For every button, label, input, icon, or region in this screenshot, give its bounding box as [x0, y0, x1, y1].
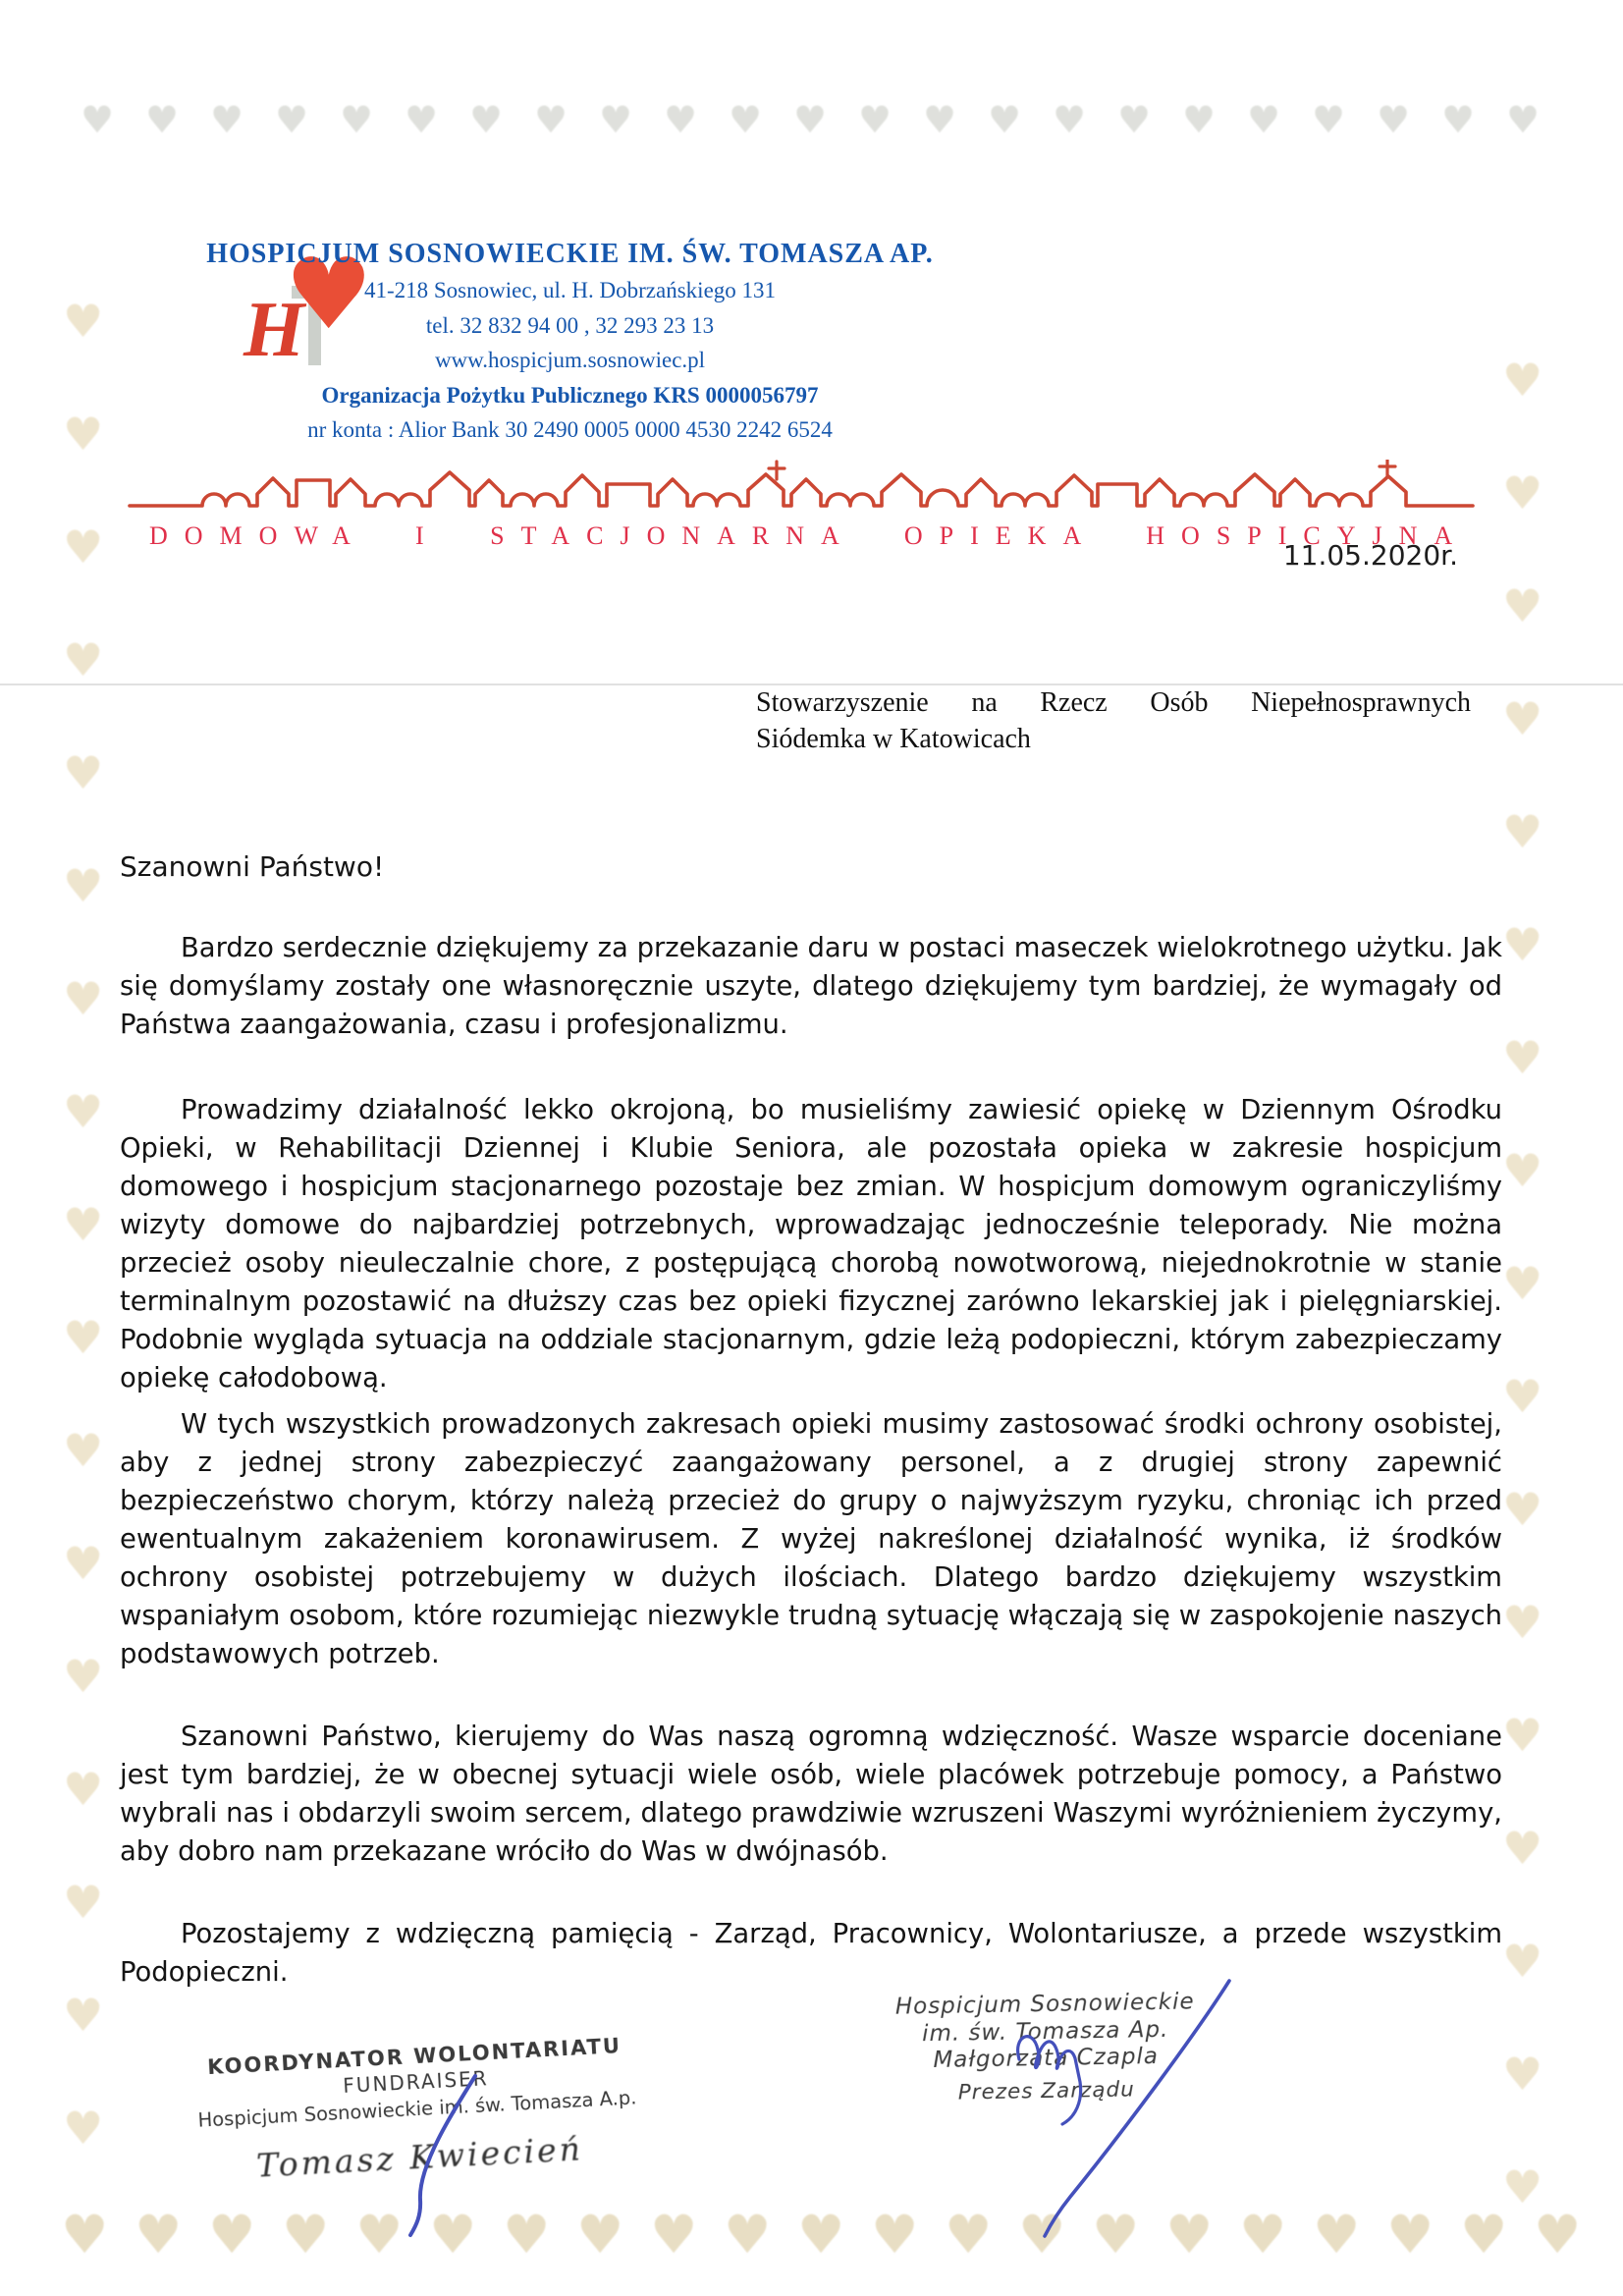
- heart-icon: ♥: [63, 633, 103, 686]
- org-krs: Organizacja Pożytku Publicznego KRS 0000…: [126, 378, 1014, 413]
- letter-page: ♥♥♥♥♥♥♥♥♥♥♥♥♥♥♥♥♥♥♥♥♥♥♥♥♥♥♥♥♥♥♥♥♥♥♥♥♥♥♥♥…: [0, 0, 1623, 2296]
- heart-icon: ♥: [1441, 98, 1475, 141]
- org-website: www.hospicjum.sosnowiec.pl: [126, 343, 1014, 378]
- heart-icon: ♥: [63, 972, 103, 1025]
- org-name: HOSPICJUM SOSNOWIECKIE IM. ŚW. TOMASZA A…: [126, 236, 1014, 273]
- heart-icon: ♥: [63, 1989, 103, 2042]
- pen-signature-right: [972, 1969, 1247, 2244]
- heart-icon: ♥: [275, 98, 308, 141]
- heart-icon: ♥: [63, 746, 103, 799]
- heart-icon: ♥: [469, 98, 503, 141]
- paragraph: Bardzo serdecznie dziękujemy za przekaza…: [120, 929, 1502, 1044]
- heart-icon: ♥: [63, 1198, 103, 1251]
- heart-icon: ♥: [1247, 98, 1280, 141]
- heart-icon: ♥: [282, 2204, 329, 2266]
- paragraph: Szanowni Państwo, kierujemy do Was naszą…: [120, 1718, 1502, 1871]
- heart-icon: ♥: [63, 295, 103, 348]
- heart-icon: ♥: [599, 98, 632, 141]
- heart-icon: ♥: [1502, 466, 1542, 519]
- paragraph: Prowadzimy działalność lekko okrojoną, b…: [120, 1091, 1502, 1397]
- heart-icon: ♥: [1502, 692, 1542, 745]
- heart-icon: ♥: [858, 98, 892, 141]
- org-bank-account: nr konta : Alior Bank 30 2490 0005 0000 …: [126, 412, 1014, 448]
- heart-icon: ♥: [61, 2204, 108, 2266]
- heart-icon: ♥: [1502, 579, 1542, 632]
- paragraph: Pozostajemy z wdzięczną pamięcią - Zarzą…: [120, 1915, 1502, 1992]
- heart-icon: ♥: [1502, 1031, 1542, 1084]
- recipient-line: Stowarzyszenie na Rzecz Osób Niepełnospr…: [756, 684, 1471, 721]
- heart-icon: ♥: [63, 859, 103, 912]
- heart-icon: ♥: [63, 1311, 103, 1364]
- heart-icon: ♥: [1502, 918, 1542, 971]
- heart-icon: ♥: [81, 98, 114, 141]
- heart-icon: ♥: [145, 98, 179, 141]
- heart-icon: ♥: [1502, 1709, 1542, 1762]
- heart-icon: ♥: [63, 520, 103, 574]
- heart-icon: ♥: [63, 1537, 103, 1590]
- heart-icon: ♥: [1313, 2204, 1360, 2266]
- heart-icon: ♥: [63, 408, 103, 461]
- heart-icon: ♥: [988, 98, 1021, 141]
- heart-icon: ♥: [1502, 1483, 1542, 1536]
- paragraph: W tych wszystkich prowadzonych zakresach…: [120, 1405, 1502, 1673]
- heart-icon: ♥: [650, 2204, 697, 2266]
- recipient-block: Stowarzyszenie na Rzecz Osób Niepełnospr…: [756, 684, 1471, 757]
- heart-icon: ♥: [1502, 1596, 1542, 1649]
- heart-icon: ♥: [1502, 1257, 1542, 1310]
- heart-icon: ♥: [1386, 2204, 1434, 2266]
- heart-icon: ♥: [63, 1763, 103, 1816]
- heart-icon: ♥: [340, 98, 373, 141]
- letterhead: HOSPICJUM SOSNOWIECKIE IM. ŚW. TOMASZA A…: [126, 236, 1014, 448]
- heart-icon: ♥: [63, 2102, 103, 2155]
- letter-date: 11.05.2020r.: [1168, 539, 1458, 572]
- heart-icon: ♥: [729, 98, 762, 141]
- salutation: Szanowni Państwo!: [120, 850, 384, 883]
- heart-icon: ♥: [797, 2204, 844, 2266]
- heart-icon: ♥: [534, 98, 568, 141]
- heart-icon: ♥: [405, 98, 438, 141]
- heart-icon: ♥: [1502, 2160, 1542, 2214]
- heart-icon: ♥: [63, 1424, 103, 1477]
- heart-icon: ♥: [664, 98, 697, 141]
- heart-icon: ♥: [135, 2204, 182, 2266]
- heart-icon: ♥: [503, 2204, 550, 2266]
- heart-icon: ♥: [923, 98, 956, 141]
- heart-icon: ♥: [63, 1085, 103, 1138]
- letter-body: Bardzo serdecznie dziękujemy za przekaza…: [120, 929, 1502, 1992]
- heart-icon: ♥: [210, 98, 243, 141]
- heart-icon: ♥: [871, 2204, 918, 2266]
- heart-icon: ♥: [1502, 1370, 1542, 1423]
- cross-on-roof-icon: [769, 460, 1395, 479]
- heart-icon: ♥: [1312, 98, 1345, 141]
- heart-icon: ♥: [1502, 1935, 1542, 1988]
- heart-icon: ♥: [1502, 1822, 1542, 1875]
- heart-icon: ♥: [1506, 98, 1540, 141]
- heart-icon: ♥: [1460, 2204, 1507, 2266]
- heart-icon: ♥: [1502, 354, 1542, 407]
- heart-icon: ♥: [1053, 98, 1086, 141]
- heart-icon: ♥: [63, 1650, 103, 1703]
- heart-icon: ♥: [1117, 98, 1151, 141]
- recipient-line: Siódemka w Katowicach: [756, 721, 1471, 757]
- org-phone: tel. 32 832 94 00 , 32 293 23 13: [126, 308, 1014, 344]
- heart-icon: ♥: [1502, 2048, 1542, 2101]
- heart-icon: ♥: [793, 98, 827, 141]
- heart-icon: ♥: [1502, 1144, 1542, 1197]
- heart-icon: ♥: [1377, 98, 1410, 141]
- heart-icon: ♥: [208, 2204, 255, 2266]
- heart-icon: ♥: [1534, 2204, 1581, 2266]
- heart-icon: ♥: [63, 1876, 103, 1929]
- org-address: 41-218 Sosnowiec, ul. H. Dobrzańskiego 1…: [126, 273, 1014, 308]
- heart-icon: ♥: [724, 2204, 771, 2266]
- houses-skyline-divider: [126, 460, 1476, 520]
- pen-stroke-left: [365, 2070, 503, 2242]
- heart-icon: ♥: [1182, 98, 1216, 141]
- heart-icon: ♥: [576, 2204, 623, 2266]
- heart-icon: ♥: [1502, 805, 1542, 858]
